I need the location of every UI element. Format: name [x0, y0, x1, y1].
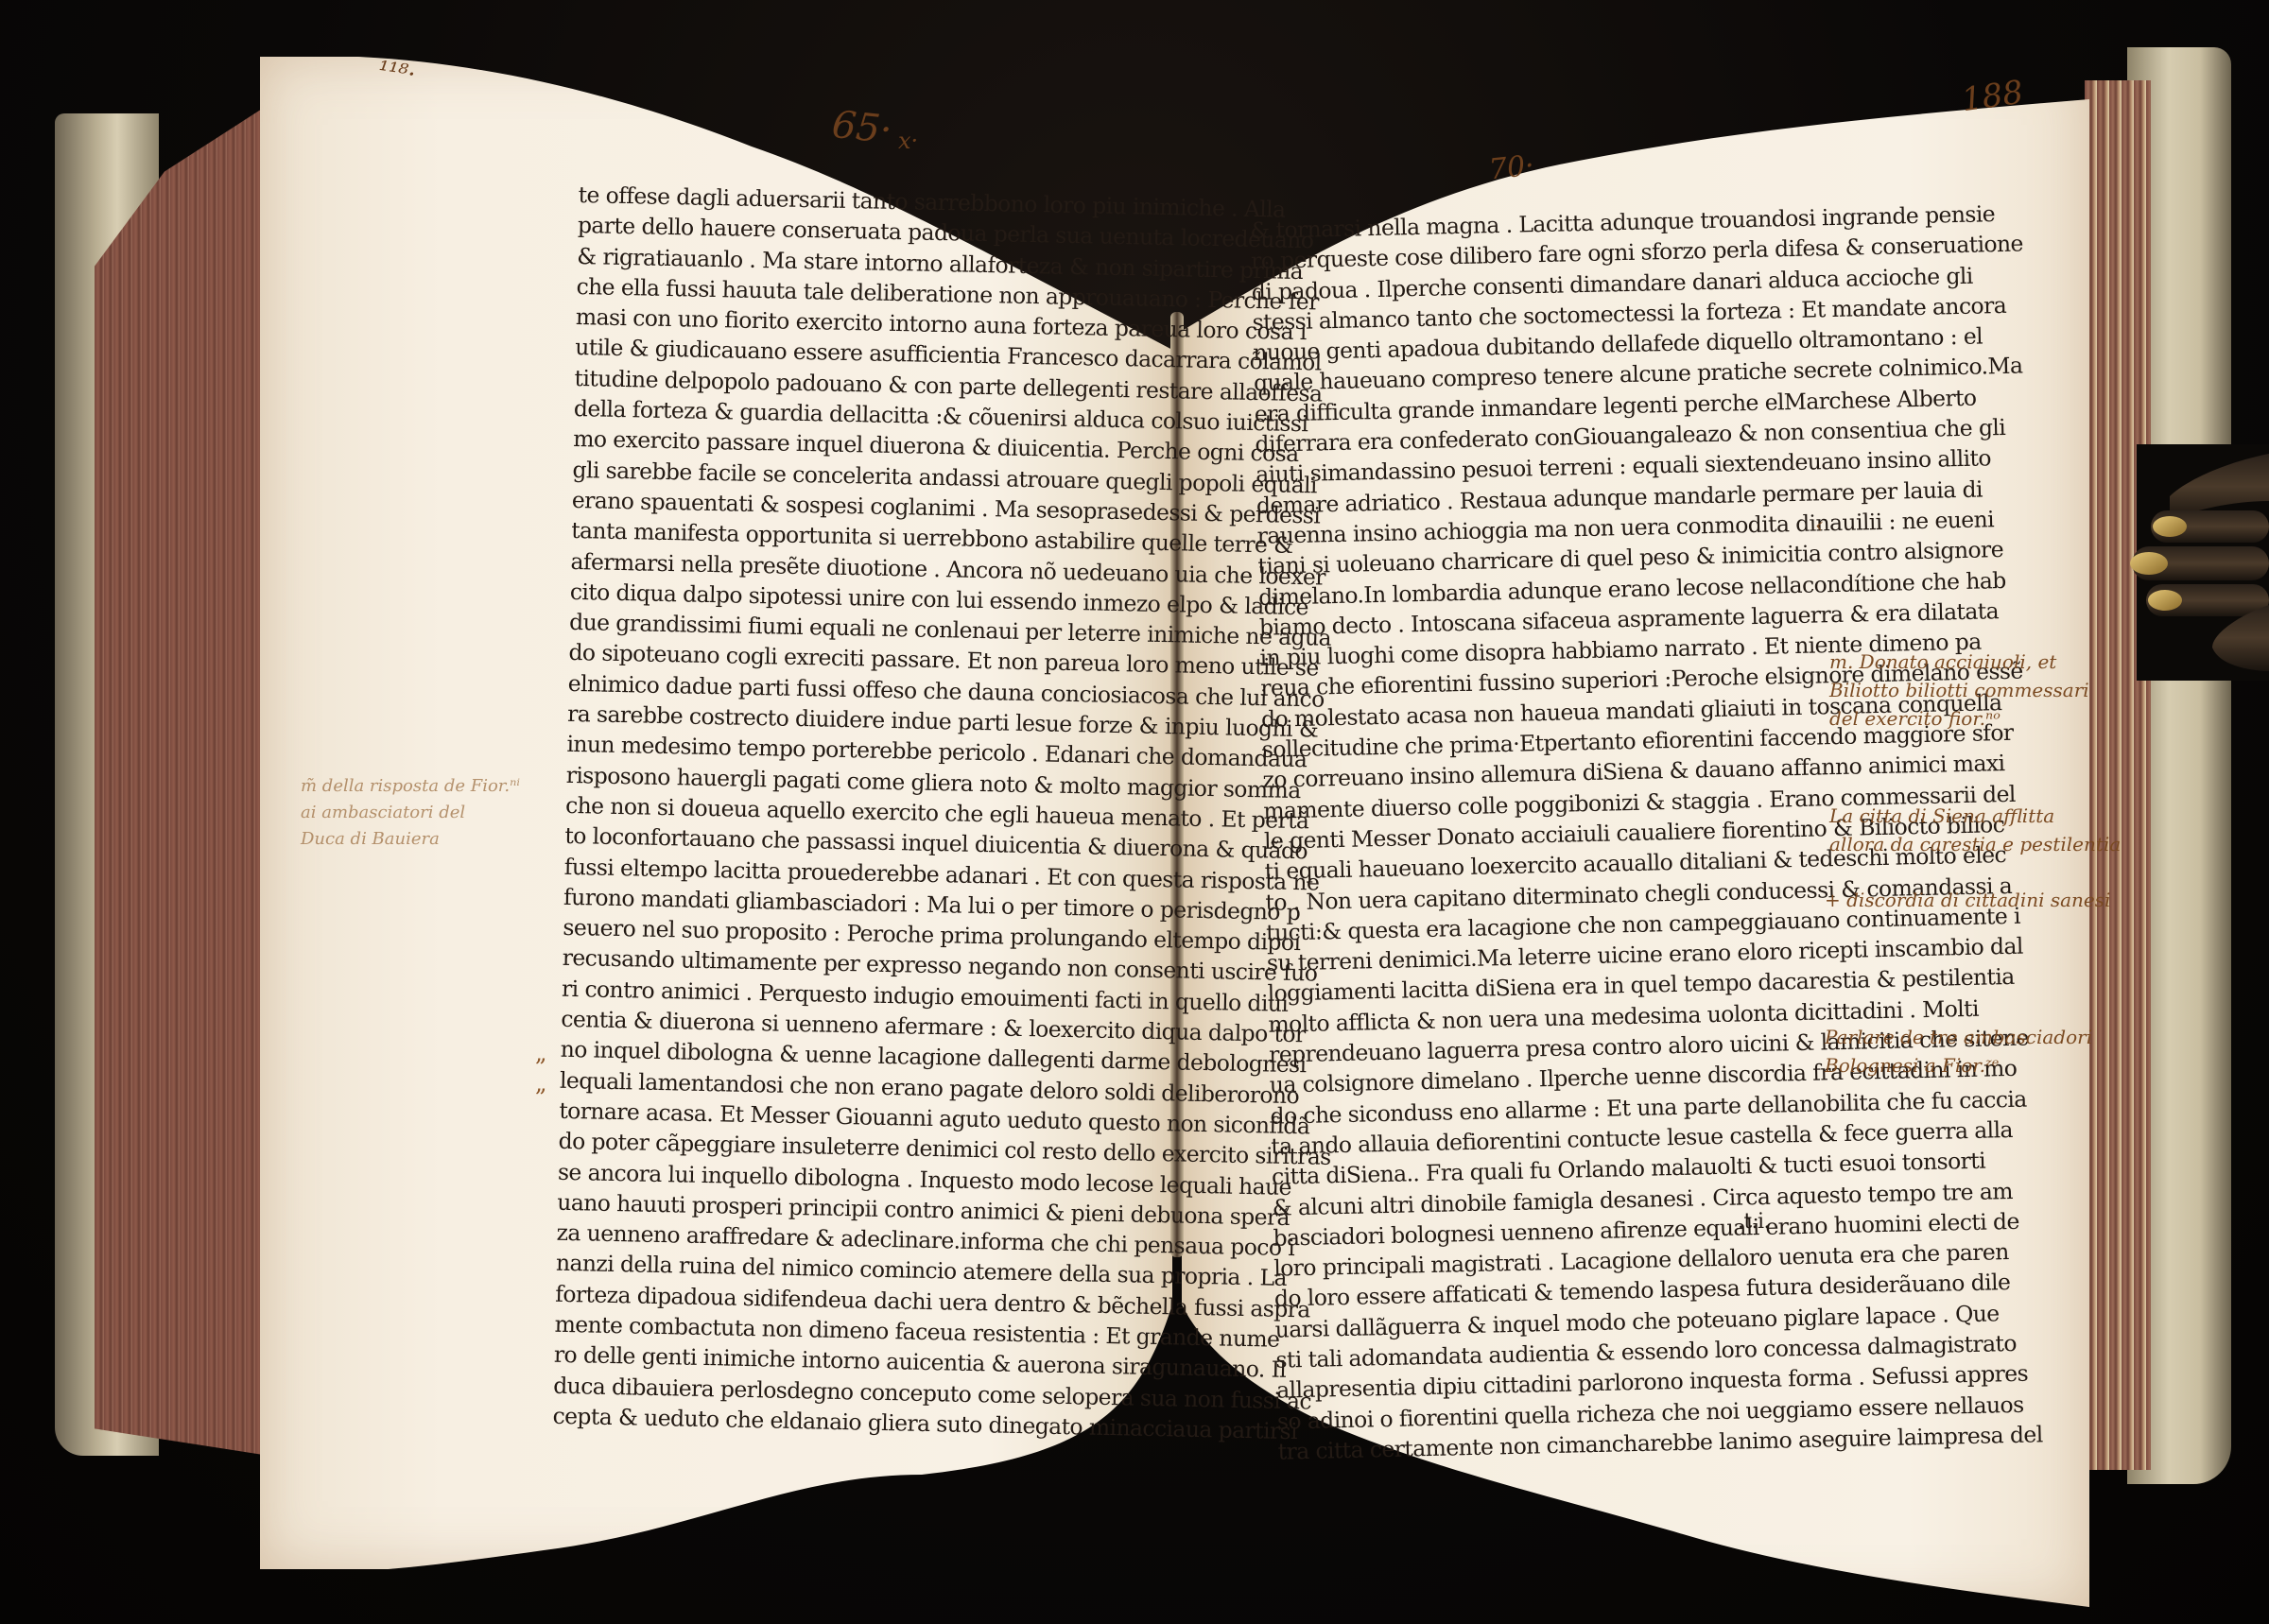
left-page-text: te offese dagli aduersarii tanto sarrebb… [552, 180, 1136, 1443]
folio-mark-right: 70· [1487, 149, 1535, 187]
signature-mark: .t.i. [1738, 1207, 1770, 1237]
manuscript-note-siena: La citta di Siena afflitta allora da car… [1829, 802, 2121, 858]
folio-mark-left-corner: ¹¹⁸· [376, 56, 417, 89]
margin-bracket-mark: ‹ [1815, 510, 1824, 543]
right-page-text: & tornarsi nella magna . Lacitta adunque… [1250, 203, 1836, 1467]
marginal-quote-mark: „ [535, 1040, 546, 1066]
marginal-quote-mark: „ [535, 1070, 546, 1097]
page-edges-right [2085, 80, 2151, 1470]
page-edges-left [95, 104, 269, 1456]
bronze-hand-clasp-icon [2080, 444, 2269, 681]
manuscript-note-ambasciadori: Parlare de tre ambasciadori Bolognesi a … [1825, 1023, 2092, 1080]
manuscript-note-left: m̃ della risposta de Fior.ⁿⁱ ai ambascia… [301, 773, 520, 853]
manuscript-note-discordia: + discordia di cittadini sanesi [1825, 884, 2110, 916]
book-photograph: ¹¹⁸· 65· x· 188 70· te offese dagli adue… [0, 0, 2269, 1624]
folio-mark-left-2: x· [898, 128, 918, 154]
manuscript-note-commissari: m. Donato acciaiuoli, et Biliotto biliot… [1829, 648, 2089, 733]
folio-mark-left: 65· [830, 103, 894, 152]
